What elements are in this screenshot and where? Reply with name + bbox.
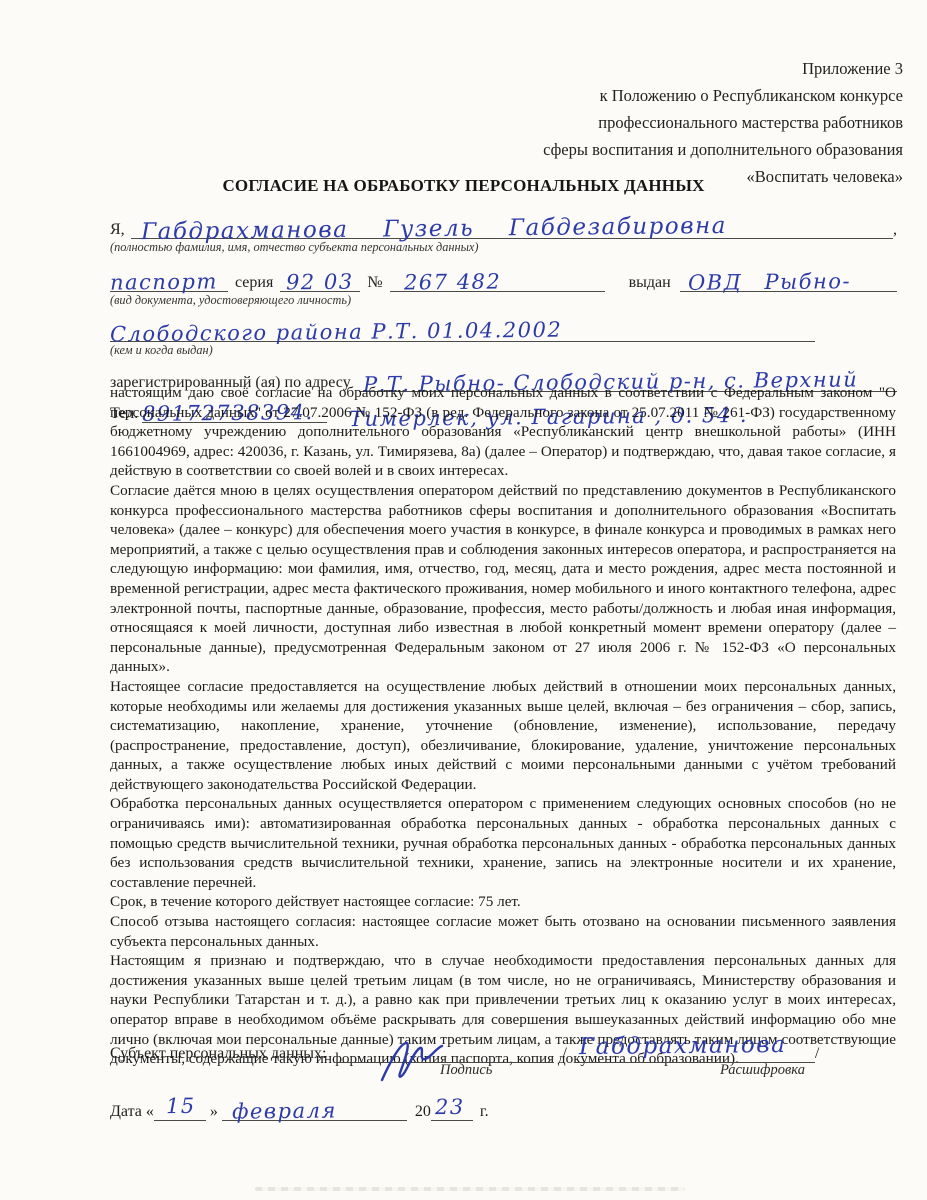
series-label: серия bbox=[235, 274, 273, 292]
scan-artifact bbox=[255, 1187, 685, 1191]
number-field: 267 482 bbox=[390, 269, 605, 292]
year-prefix: 20 bbox=[415, 1103, 431, 1121]
doc-type-caption: (вид документа, удостоверяющего личность… bbox=[110, 293, 897, 308]
handwritten-issued: ОВД Рыбно- bbox=[688, 271, 851, 294]
appendix-header-line: Приложение 3 bbox=[263, 55, 903, 82]
signature-field bbox=[336, 1032, 554, 1063]
handwritten-number: 267 482 bbox=[403, 271, 501, 293]
paragraph-purpose: Согласие даётся мною в целях осуществлен… bbox=[110, 481, 896, 677]
appendix-header-line: сферы воспитания и дополнительного образ… bbox=[263, 136, 903, 163]
appendix-header-line: к Положению о Республиканском конкурсе bbox=[263, 82, 903, 109]
year-suffix: г. bbox=[480, 1103, 489, 1121]
podpis-caption: Подпись bbox=[440, 1062, 492, 1079]
subject-label: Субъект персональных данных: bbox=[110, 1045, 326, 1063]
handwritten-day: 15 bbox=[166, 1096, 196, 1117]
series-field: 92 03 bbox=[280, 269, 360, 292]
slash-separator: / bbox=[562, 1045, 566, 1063]
date-month-field: февраля bbox=[222, 1098, 407, 1121]
date-day-field: 15 bbox=[154, 1098, 206, 1121]
date-close-quote: » bbox=[210, 1103, 218, 1121]
appendix-header: Приложение 3 к Положению о Республиканск… bbox=[263, 55, 903, 190]
date-row: Дата « 15 » февраля 20 23 г. bbox=[110, 1098, 489, 1121]
surname-field: Габдрахманова bbox=[575, 1032, 815, 1063]
handwritten-month: февраля bbox=[232, 1100, 337, 1122]
handwritten-series: 92 03 bbox=[286, 272, 354, 294]
issued-label: выдан bbox=[629, 274, 671, 292]
handwritten-surname: Габдрахманова bbox=[579, 1034, 787, 1059]
date-year-field: 23 bbox=[431, 1098, 473, 1121]
issuer-field: Слободского района Р.Т. 01.04.2002 bbox=[110, 319, 815, 342]
paragraph-withdrawal: Способ отзыва настоящего согласия: насто… bbox=[110, 912, 896, 951]
number-label: № bbox=[367, 274, 382, 292]
paragraph-actions: Настоящее согласие предоставляется на ос… bbox=[110, 677, 896, 795]
signature-row: Субъект персональных данных: / Габдрахма… bbox=[110, 1032, 897, 1063]
doc-type-field: паспорт bbox=[110, 269, 228, 292]
handwritten-issuer2: Слободского района Р.Т. 01.04.2002 bbox=[110, 320, 562, 346]
fullname-field: Габдрахманова Гузель Габдезабировна bbox=[131, 215, 893, 239]
issuer-caption: (кем и когда выдан) bbox=[110, 343, 897, 358]
paragraph-term: Срок, в течение которого действует насто… bbox=[110, 892, 896, 912]
paragraph-consent-intro: настоящим даю своё согласие на обработку… bbox=[110, 383, 896, 481]
date-label: Дата « bbox=[110, 1103, 154, 1121]
trailing-slash: / bbox=[815, 1045, 819, 1063]
ya-label: Я, bbox=[110, 221, 125, 239]
handwritten-fullname: Габдрахманова Гузель Габдезабировна bbox=[141, 215, 727, 244]
issued-field: ОВД Рыбно- bbox=[680, 269, 897, 292]
paragraph-processing-methods: Обработка персональных данных осуществля… bbox=[110, 794, 896, 892]
rasshifrovka-caption: Расшифровка bbox=[720, 1062, 805, 1079]
trailing-comma: , bbox=[893, 221, 897, 239]
appendix-header-line: профессионального мастерства работников bbox=[263, 109, 903, 136]
page-title: СОГЛАСИЕ НА ОБРАБОТКУ ПЕРСОНАЛЬНЫХ ДАННЫ… bbox=[0, 176, 927, 196]
body-text: настоящим даю своё согласие на обработку… bbox=[110, 383, 896, 1069]
handwritten-doc-type: паспорт bbox=[110, 271, 218, 293]
scanned-consent-document: Приложение 3 к Положению о Республиканск… bbox=[0, 0, 927, 1200]
handwritten-year: 23 bbox=[435, 1097, 465, 1118]
